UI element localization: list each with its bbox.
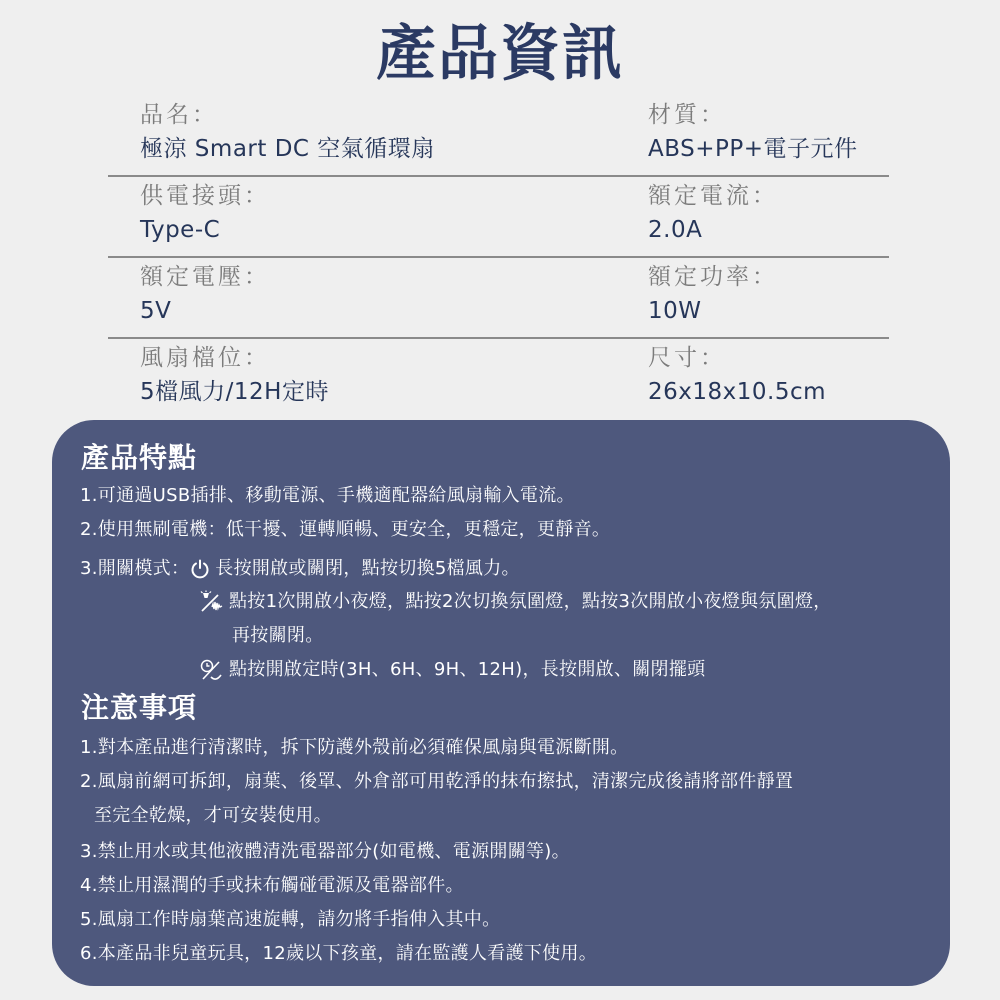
spec-value: Type-C [140,213,270,247]
spec-value: 2.0A [648,213,778,247]
spec-product-name: 品名： 極涼 Smart DC 空氣循環扇 [140,98,435,166]
spec-value: 26x18x10.5cm [648,375,826,409]
feature-timer-mode: 點按開啟定時(3H、6H、9H、12H)，長按開啟、關閉擺頭 [199,656,705,684]
timer-instruction: 點按開啟定時(3H、6H、9H、12H)，長按開啟、關閉擺頭 [229,659,705,680]
spec-table: 品名： 極涼 Smart DC 空氣循環扇 材質： ABS+PP+電子元件 供電… [108,96,889,418]
features-title: 產品特點 [81,438,197,478]
note-item: 2.風扇前網可拆卸，扇葉、後罩、外倉部可用乾淨的抹布擦拭，清潔完成後請將部件靜置 [80,768,793,796]
spec-label: 供電接頭： [140,179,270,213]
feature-light-mode: 點按1次開啟小夜燈，點按2次切換氛圍燈，點按3次開啟小夜燈與氛圍燈， [199,588,832,616]
spec-row: 額定電壓： 5V 額定功率： 10W [108,258,889,339]
spec-value: ABS+PP+電子元件 [648,132,858,166]
spec-value: 5檔風力/12H定時 [140,375,329,409]
spec-rated-current: 額定電流： 2.0A [648,179,778,247]
note-item: 6.本產品非兒童玩具，12歲以下孩童，請在監護人看護下使用。 [80,940,597,968]
spec-label: 額定電壓： [140,260,270,294]
switch-mode-prefix: 3.開關模式： [80,558,189,579]
note-item: 5.風扇工作時扇葉高速旋轉，請勿將手指伸入其中。 [80,906,500,934]
note-item: 3.禁止用水或其他液體清洗電器部分(如電機、電源開關等)。 [80,838,570,866]
spec-row: 供電接頭： Type-C 額定電流： 2.0A [108,177,889,258]
page-title: 產品資訊 [0,14,1000,94]
spec-label: 風扇檔位： [140,341,329,375]
light-icon [199,590,225,614]
spec-label: 品名： [140,98,435,132]
spec-label: 尺寸： [648,341,826,375]
spec-label: 額定功率： [648,260,778,294]
note-item: 1.對本產品進行清潔時，拆下防護外殼前必須確保風扇與電源斷開。 [80,734,628,762]
spec-dimensions: 尺寸： 26x18x10.5cm [648,341,826,409]
light-instruction: 點按1次開啟小夜燈，點按2次切換氛圍燈，點按3次開啟小夜燈與氛圍燈， [229,591,832,612]
spec-value: 5V [140,294,270,328]
spec-row: 風扇檔位： 5檔風力/12H定時 尺寸： 26x18x10.5cm [108,339,889,418]
note-item: 4.禁止用濕潤的手或抹布觸碰電源及電器部件。 [80,872,464,900]
light-instruction-continued: 再按關閉。 [232,622,324,650]
feature-item: 2.使用無刷電機：低干擾、運轉順暢、更安全，更穩定，更靜音。 [80,516,610,544]
spec-label: 材質： [648,98,858,132]
spec-value: 極涼 Smart DC 空氣循環扇 [140,132,435,166]
feature-switch-mode: 3.開關模式： 長按開啟或關閉，點按切換5檔風力。 [80,555,520,583]
spec-rated-voltage: 額定電壓： 5V [140,260,270,328]
spec-connector: 供電接頭： Type-C [140,179,270,247]
power-icon [189,558,211,580]
spec-fan-levels: 風扇檔位： 5檔風力/12H定時 [140,341,329,409]
notes-title: 注意事項 [81,688,197,728]
power-instruction: 長按開啟或關閉，點按切換5檔風力。 [215,558,520,579]
spec-label: 額定電流： [648,179,778,213]
feature-item: 1.可通過USB插排、移動電源、手機適配器給風扇輸入電流。 [80,482,575,510]
note-item-continued: 至完全乾燥，才可安裝使用。 [94,802,332,830]
spec-material: 材質： ABS+PP+電子元件 [648,98,858,166]
timer-oscillate-icon [199,658,225,682]
info-card: 產品特點 1.可通過USB插排、移動電源、手機適配器給風扇輸入電流。 2.使用無… [52,420,950,986]
spec-rated-power: 額定功率： 10W [648,260,778,328]
spec-row: 品名： 極涼 Smart DC 空氣循環扇 材質： ABS+PP+電子元件 [108,96,889,177]
spec-value: 10W [648,294,778,328]
